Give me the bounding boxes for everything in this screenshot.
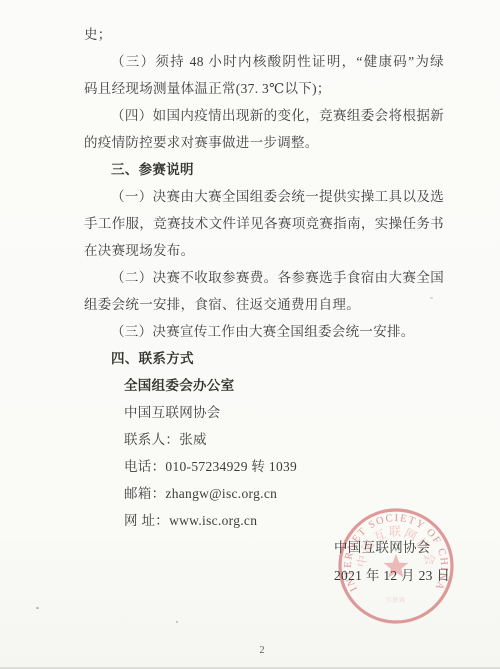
document-line: 邮箱：zhangw@isc.org.cn [84,480,444,507]
document-line: （三）决赛宣传工作由大赛全国组委会统一安排。 [84,318,444,345]
document-line: 联系人：张威 [84,426,444,453]
scan-speck [176,621,178,623]
signature-org: 中国互联网协会 [334,534,450,562]
document-line: 组委会统一安排，食宿、往返交通费用自理。 [84,291,444,318]
seal-bottom-mark: 互联网 [386,596,406,604]
page-number: 2 [0,645,500,656]
document-line: （三）须持 48 小时内核酸阴性证明，“健康码”为绿 [84,48,444,75]
document-line: 网 址：www.isc.org.cn [84,507,444,534]
document-line: 在决赛现场发布。 [84,237,444,264]
signature-date: 2021 年 12 月 23 日 [334,562,450,590]
document-line: 电话：010-57234929 转 1039 [84,453,444,480]
document-line: 中国互联网协会 [84,399,444,426]
scan-speck [36,607,39,609]
document-line: 四、联系方式 [84,345,444,372]
document-line: （一）决赛由大赛全国组委会统一提供实操工具以及选 [84,183,444,210]
scanned-document-page: 史；（三）须持 48 小时内核酸阴性证明，“健康码”为绿码且经现场测量体温正常(… [0,0,500,669]
document-line: （四）如国内疫情出现新的变化，竞赛组委会将根据新 [84,102,444,129]
document-line: 的疫情防控要求对赛事做进一步调整。 [84,129,444,156]
document-line: （二）决赛不收取参赛费。各参赛选手食宿由大赛全国 [84,264,444,291]
document-line: 码且经现场测量体温正常(37. 3℃以下)； [84,75,444,102]
document-body: 史；（三）须持 48 小时内核酸阴性证明，“健康码”为绿码且经现场测量体温正常(… [84,21,444,534]
document-line: 手工作服，竞赛技术文件详见各赛项竞赛指南，实操任务书 [84,210,444,237]
signature-block: 中国互联网协会 2021 年 12 月 23 日 [334,534,450,589]
document-line: 史； [84,21,444,48]
document-line: 全国组委会办公室 [84,372,444,399]
document-line: 三、参赛说明 [84,156,444,183]
